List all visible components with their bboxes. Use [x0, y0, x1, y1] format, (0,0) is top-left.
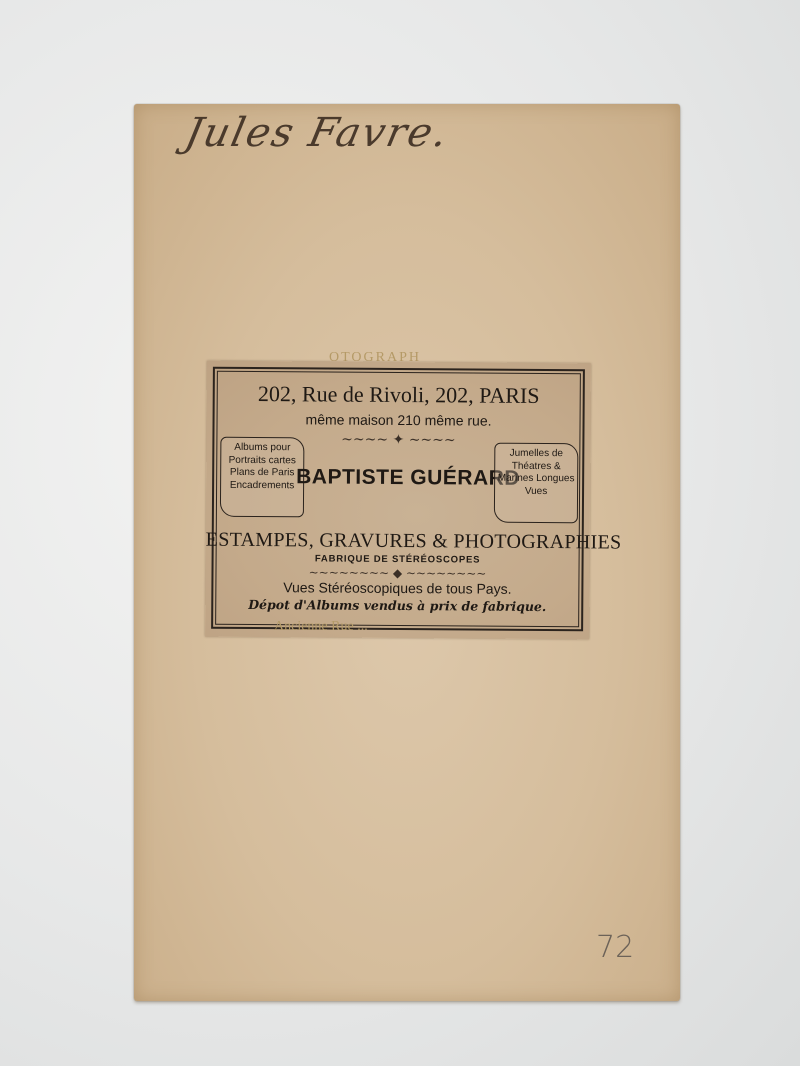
trade-line: ESTAMPES, GRAVURES & PHOTOGRAPHIES [206, 529, 590, 555]
merchant-name: BAPTISTE GUÉRARD [296, 465, 520, 491]
scroll-right-text: Jumelles de Théatres & Marines Longues V… [497, 448, 575, 519]
scroll-left-text: Albums pour Portraits cartes Plans de Pa… [223, 442, 301, 513]
scroll-banner-right: Jumelles de Théatres & Marines Longues V… [494, 443, 579, 524]
photographer-label: 202, Rue de Rivoli, 202, PARIS même mais… [205, 361, 591, 640]
views-line: Vues Stéréoscopiques de tous Pays. [205, 579, 589, 598]
carte-de-visite-back: Jules Favre. OTOGRAPH 202, Rue de Rivoli… [134, 104, 680, 1001]
pencil-inventory-number: 72 [596, 930, 634, 965]
address-subline: même maison 210 même rue. [207, 411, 591, 430]
depot-line: Dépot d'Albums vendus à prix de fabrique… [205, 597, 589, 615]
scroll-banner-left: Albums pour Portraits cartes Plans de Pa… [220, 437, 305, 518]
address-line: 202, Rue de Rivoli, 202, PARIS [207, 381, 591, 410]
handwritten-name: Jules Favre. [181, 110, 453, 156]
underprint-ancienne-rue: Ancienne Rue ... [274, 619, 368, 635]
